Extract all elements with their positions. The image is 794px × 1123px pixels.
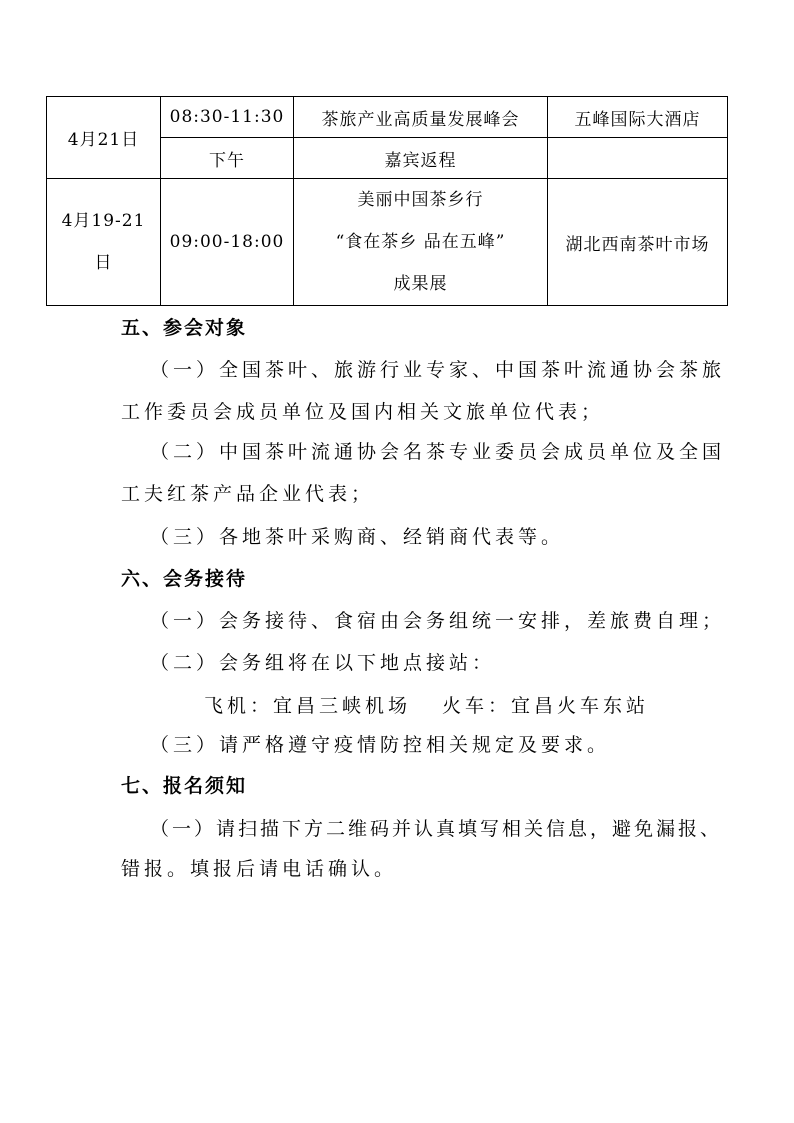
date-line: 4月19-21 <box>47 200 160 242</box>
table-row: 4月19-21 日 09:00-18:00 美丽中国茶乡行 “食在茶乡 品在五峰… <box>47 179 728 306</box>
pickup-train: 火车：宜昌火车东站 <box>442 694 649 718</box>
section-heading-registration: 七、报名须知 <box>121 774 247 798</box>
event-line: 成果展 <box>294 263 547 305</box>
event-cell: 美丽中国茶乡行 “食在茶乡 品在五峰” 成果展 <box>294 179 548 306</box>
paragraph-line: 工作委员会成员单位及国内相关文旅单位代表； <box>121 400 604 424</box>
event-line: “食在茶乡 品在五峰” <box>294 221 547 263</box>
section-heading-attendees: 五、参会对象 <box>121 316 247 340</box>
date-line: 日 <box>47 242 160 284</box>
pickup-airport: 飞机：宜昌三峡机场 <box>204 694 411 718</box>
date-cell: 4月19-21 日 <box>47 179 161 306</box>
table-row: 4月21日 08:30-11:30 茶旅产业高质量发展峰会 五峰国际大酒店 <box>47 97 728 138</box>
paragraph-line: 错报。填报后请电话确认。 <box>121 857 397 881</box>
event-cell: 茶旅产业高质量发展峰会 <box>294 97 548 138</box>
event-cell: 嘉宾返程 <box>294 138 548 179</box>
paragraph-line: （三）请严格遵守疫情防控相关规定及要求。 <box>150 733 610 757</box>
paragraph-line: （二）会务组将在以下地点接站： <box>150 651 495 675</box>
event-line: 美丽中国茶乡行 <box>294 179 547 221</box>
time-cell: 09:00-18:00 <box>161 179 294 306</box>
schedule-table: 4月21日 08:30-11:30 茶旅产业高质量发展峰会 五峰国际大酒店 下午… <box>46 96 728 306</box>
venue-cell: 五峰国际大酒店 <box>548 97 728 138</box>
section-heading-reception: 六、会务接待 <box>121 567 247 591</box>
venue-cell <box>548 138 728 179</box>
time-cell: 08:30-11:30 <box>161 97 294 138</box>
date-cell: 4月21日 <box>47 97 161 179</box>
paragraph-line: （一）会务接待、食宿由会务组统一安排，差旅费自理； <box>150 609 725 633</box>
paragraph-line: （二）中国茶叶流通协会名茶专业委员会成员单位及全国 <box>150 440 725 464</box>
paragraph-line: 工夫红茶产品企业代表； <box>121 482 374 506</box>
time-cell: 下午 <box>161 138 294 179</box>
venue-cell: 湖北西南茶叶市场 <box>548 179 728 306</box>
document-page: 4月21日 08:30-11:30 茶旅产业高质量发展峰会 五峰国际大酒店 下午… <box>0 0 794 1123</box>
paragraph-line: （一）全国茶叶、旅游行业专家、中国茶叶流通协会茶旅 <box>150 358 725 382</box>
paragraph-line: （一）请扫描下方二维码并认真填写相关信息，避免漏报、 <box>150 817 722 841</box>
paragraph-line: （三）各地茶叶采购商、经销商代表等。 <box>150 525 564 549</box>
